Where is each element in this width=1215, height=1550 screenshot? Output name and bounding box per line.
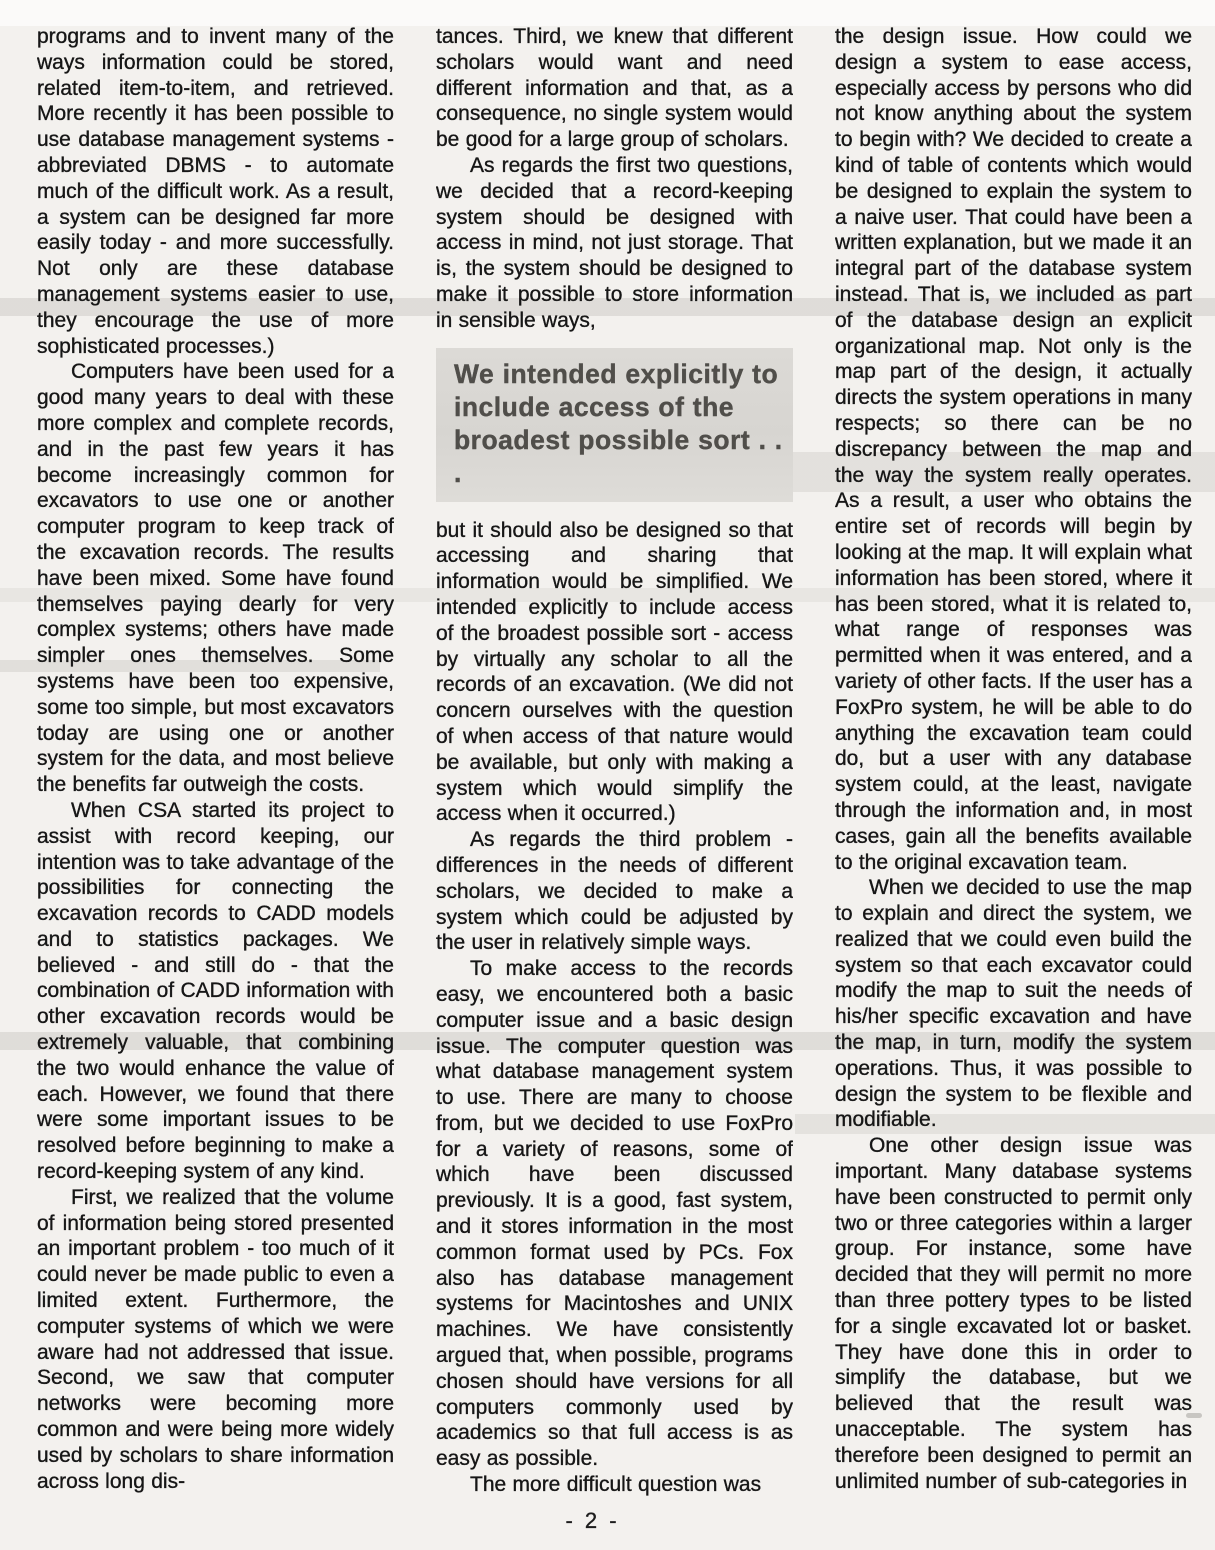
- pull-quote: We intended explicitly to include access…: [436, 348, 793, 502]
- text-column-1: programs and to invent many of the ways …: [37, 24, 394, 1524]
- article-columns: programs and to invent many of the ways …: [37, 24, 1192, 1524]
- scan-smudge: [1186, 1413, 1202, 1418]
- paragraph: As regards the third problem - differenc…: [436, 827, 793, 956]
- text-column-3: the design issue. How could we design a …: [835, 24, 1192, 1524]
- paragraph: Computers have been used for a good many…: [37, 359, 394, 798]
- paragraph: tances. Third, we knew that different sc…: [436, 24, 793, 153]
- page-number: - 2 -: [0, 1508, 1185, 1534]
- paragraph: First, we realized that the volume of in…: [37, 1185, 394, 1495]
- paragraph: When we decided to use the map to explai…: [835, 875, 1192, 1133]
- paragraph: programs and to invent many of the ways …: [37, 24, 394, 359]
- paragraph: The more difficult question was: [436, 1472, 793, 1498]
- text-column-2: tances. Third, we knew that different sc…: [436, 24, 793, 1524]
- paragraph: When CSA started its project to assist w…: [37, 798, 394, 1185]
- paragraph: but it should also be designed so that a…: [436, 518, 793, 828]
- paragraph: the design issue. How could we design a …: [835, 24, 1192, 875]
- paragraph: To make access to the records easy, we e…: [436, 956, 793, 1472]
- paragraph: One other design issue was important. Ma…: [835, 1133, 1192, 1494]
- scanned-page: programs and to invent many of the ways …: [0, 0, 1215, 1550]
- paragraph: As regards the first two questions, we d…: [436, 153, 793, 334]
